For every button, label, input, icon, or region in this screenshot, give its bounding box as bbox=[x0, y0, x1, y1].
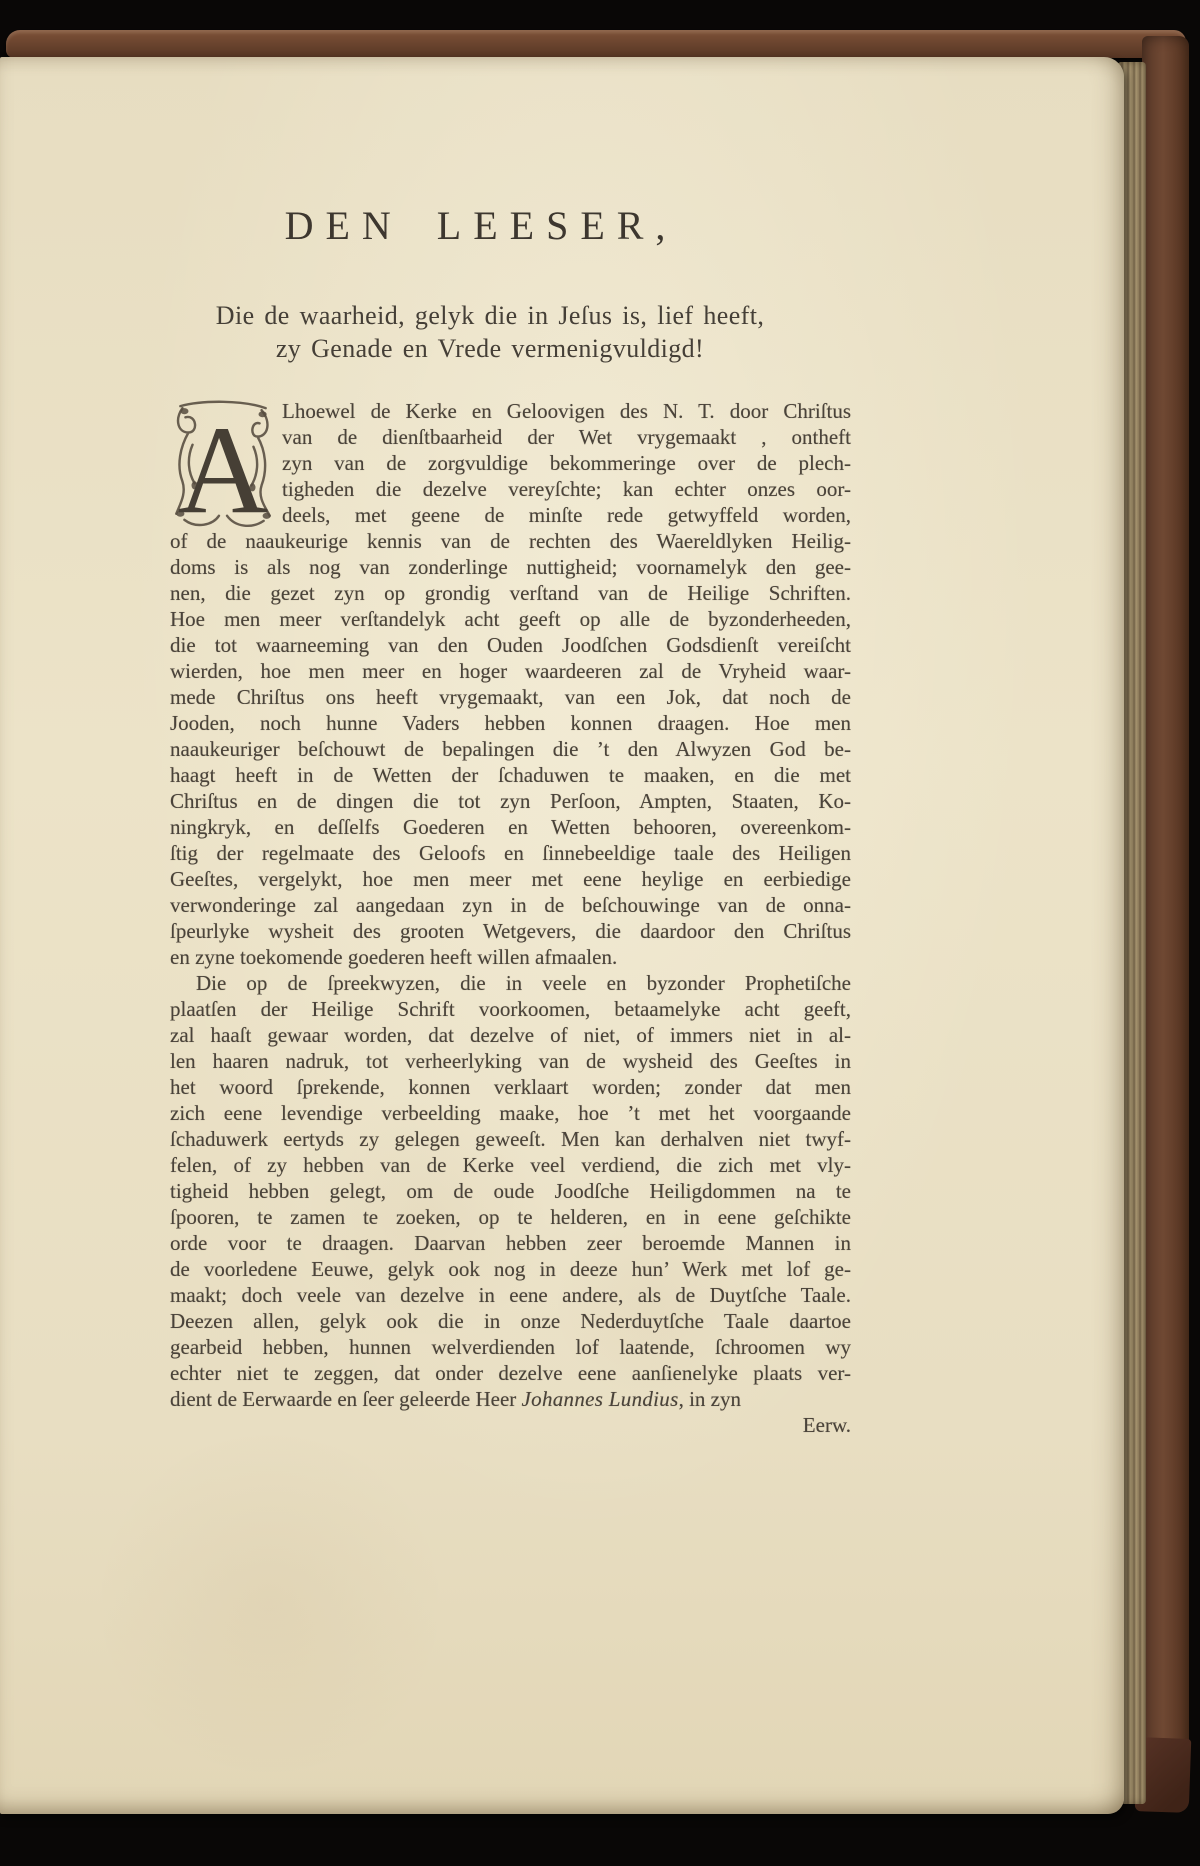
text-line: ſpeurlyke wysheit des grooten Wetgevers,… bbox=[170, 918, 851, 944]
text-line: het woord ſprekende, konnen verklaart wo… bbox=[170, 1074, 851, 1100]
text-line: ſtig der regelmaate des Geloofs en ſinne… bbox=[170, 840, 851, 866]
text-column: DEN LEESER, Die de waarheid, gelyk die i… bbox=[170, 57, 851, 1438]
text-line: zich eene levendige verbeelding maake, h… bbox=[170, 1100, 851, 1126]
text-line: felen, of zy hebben van de Kerke veel ve… bbox=[170, 1152, 851, 1178]
salutation-line: zy Genade en Vrede vermenigvuldigd! bbox=[170, 332, 810, 365]
text-line: tigheden die dezelve vereyſchte; kan ech… bbox=[282, 476, 851, 502]
text-line: haagt heeft in de Wetten der ſchaduwen t… bbox=[170, 762, 851, 788]
text-line: ſpooren, te zamen te zoeken, op te helde… bbox=[170, 1204, 851, 1230]
catchword: Eerw. bbox=[170, 1412, 851, 1438]
text-line: ningkryk, en deſſelfs Goederen en Wetten… bbox=[170, 814, 851, 840]
text-line: maakt; doch veele van dezelve in eene an… bbox=[170, 1282, 851, 1308]
closing-line: dient de Eerwaarde en ſeer geleerde Heer… bbox=[170, 1386, 851, 1412]
text-line: Hoe men meer verſtandelyk acht geeft op … bbox=[170, 606, 851, 632]
closing-text-before: dient de Eerwaarde en ſeer geleerde Heer bbox=[170, 1387, 522, 1411]
text-line: echter niet te zeggen, dat onder dezelve… bbox=[170, 1360, 851, 1386]
salutation-line: Die de waarheid, gelyk die in Jeſus is, … bbox=[170, 299, 810, 332]
text-line: mede Chriſtus ons heeft vrygemaakt, van … bbox=[170, 684, 851, 710]
text-line: Geeſtes, vergelykt, hoe men meer met een… bbox=[170, 866, 851, 892]
text-line: naaukeuriger beſchouwt de bepalingen die… bbox=[170, 736, 851, 762]
photo-background: DEN LEESER, Die de waarheid, gelyk die i… bbox=[0, 0, 1200, 1866]
text-line: wierden, hoe men meer en hoger waardeere… bbox=[170, 658, 851, 684]
text-line: Deezen allen, gelyk ook die in onze Nede… bbox=[170, 1308, 851, 1334]
text-line: zal haaſt gewaar worden, dat dezelve of … bbox=[170, 1022, 851, 1048]
book-page: DEN LEESER, Die de waarheid, gelyk die i… bbox=[0, 57, 1124, 1814]
text-line: Chriſtus en de dingen die tot zyn Perſoo… bbox=[170, 788, 851, 814]
text-line: Die op de ſpreekwyzen, die in veele en b… bbox=[170, 970, 851, 996]
text-line: nen, die gezet zyn op grondig verſtand v… bbox=[170, 580, 851, 606]
text-line: gearbeid hebben, hunnen welverdienden lo… bbox=[170, 1334, 851, 1360]
text-line: deels, met geene de minſte rede getwyffe… bbox=[282, 502, 851, 528]
closing-text-after: , in zyn bbox=[679, 1387, 741, 1411]
text-line: de voorledene Eeuwe, gelyk ook nog in de… bbox=[170, 1256, 851, 1282]
drop-cap-ornament-icon: A bbox=[172, 398, 274, 530]
text-line: die tot waarneeming van den Ouden Joodſc… bbox=[170, 632, 851, 658]
salutation: Die de waarheid, gelyk die in Jeſus is, … bbox=[170, 299, 810, 365]
text-line: verwonderinge zal aangedaan zyn in de be… bbox=[170, 892, 851, 918]
text-line: ſchaduwerk eertyds zy gelegen geweeſt. M… bbox=[170, 1126, 851, 1152]
book-cover-top-edge bbox=[6, 30, 1186, 58]
text-line: plaatſen der Heilige Schrift voorkoomen,… bbox=[170, 996, 851, 1022]
text-line: of de naaukeurige kennis van de rechten … bbox=[170, 528, 851, 554]
paragraph-2: Die op de ſpreekwyzen, die in veele en b… bbox=[170, 970, 851, 1412]
text-line: en zyne toekomende goederen heeft willen… bbox=[170, 944, 851, 970]
page-title: DEN LEESER, bbox=[170, 203, 792, 249]
author-name: Johannes Lundius bbox=[522, 1387, 679, 1411]
text-line: van de dienſtbaarheid der Wet vrygemaakt… bbox=[282, 424, 851, 450]
text-line: orde voor te draagen. Daarvan hebben zee… bbox=[170, 1230, 851, 1256]
text-line: zyn van de zorgvuldige bekommeringe over… bbox=[282, 450, 851, 476]
drop-cap-letter: A bbox=[178, 402, 269, 530]
text-line: len haaren nadruk, tot verheerlyking van… bbox=[170, 1048, 851, 1074]
book-cover-right-edge bbox=[1142, 36, 1189, 1806]
text-line: tigheid hebben gelegt, om de oude Joodſc… bbox=[170, 1178, 851, 1204]
text-line: Lhoewel de Kerke en Geloovigen des N. T.… bbox=[282, 398, 851, 424]
text-line: Jooden, noch hunne Vaders hebben konnen … bbox=[170, 710, 851, 736]
text-line: doms is als nog van zonderlinge nuttighe… bbox=[170, 554, 851, 580]
